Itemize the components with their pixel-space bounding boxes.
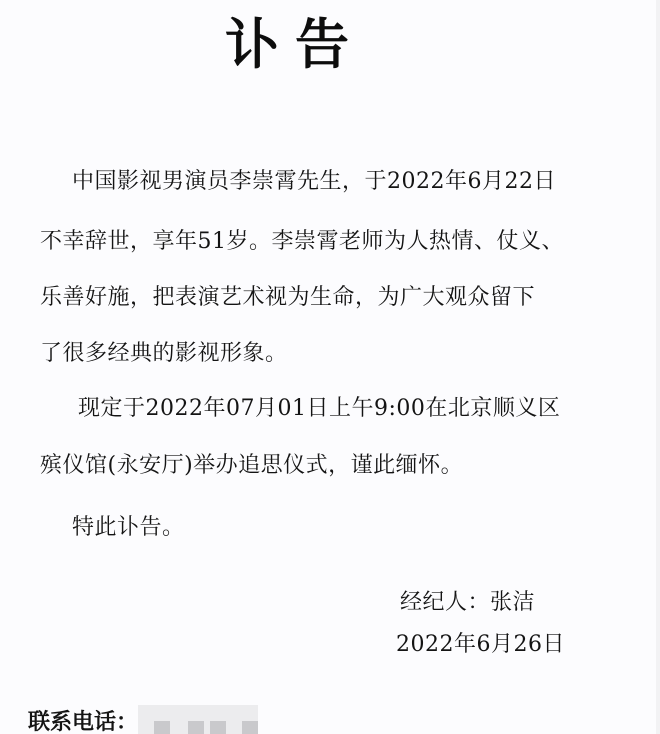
document-title: 讣告 — [225, 14, 365, 74]
paragraph-2-line-2: 殡仪馆(永安厅)举办追思仪式，谨此缅怀。 — [40, 452, 463, 480]
contact-phone-label: 联系电话： — [28, 708, 138, 734]
blur-pixel — [154, 721, 170, 734]
blur-pixel — [210, 721, 226, 734]
signature-date: 2022年6月26日 — [396, 631, 565, 659]
paragraph-1-line-1: 中国影视男演员李崇霄先生，于2022年6月22日 — [72, 168, 556, 196]
paragraph-2-line-1: 现定于2022年07月01日上午9:00在北京顺义区 — [78, 395, 560, 423]
blurred-phone-number — [138, 705, 258, 734]
blur-pixel — [242, 721, 258, 734]
paragraph-1-line-3: 乐善好施，把表演艺术视为生命，为广大观众留下 — [40, 284, 535, 312]
obituary-page: 讣告 中国影视男演员李崇霄先生，于2022年6月22日 不幸辞世，享年51岁。李… — [0, 0, 660, 734]
closing-statement: 特此讣告。 — [72, 514, 185, 542]
page-edge — [656, 0, 660, 734]
paragraph-1-line-4: 了很多经典的影视形象。 — [40, 340, 288, 368]
paragraph-1-line-2: 不幸辞世，享年51岁。李崇霄老师为人热情、仗义、 — [40, 228, 564, 256]
signature-agent: 经纪人：张洁 — [400, 589, 535, 617]
blur-pixel — [188, 721, 204, 734]
